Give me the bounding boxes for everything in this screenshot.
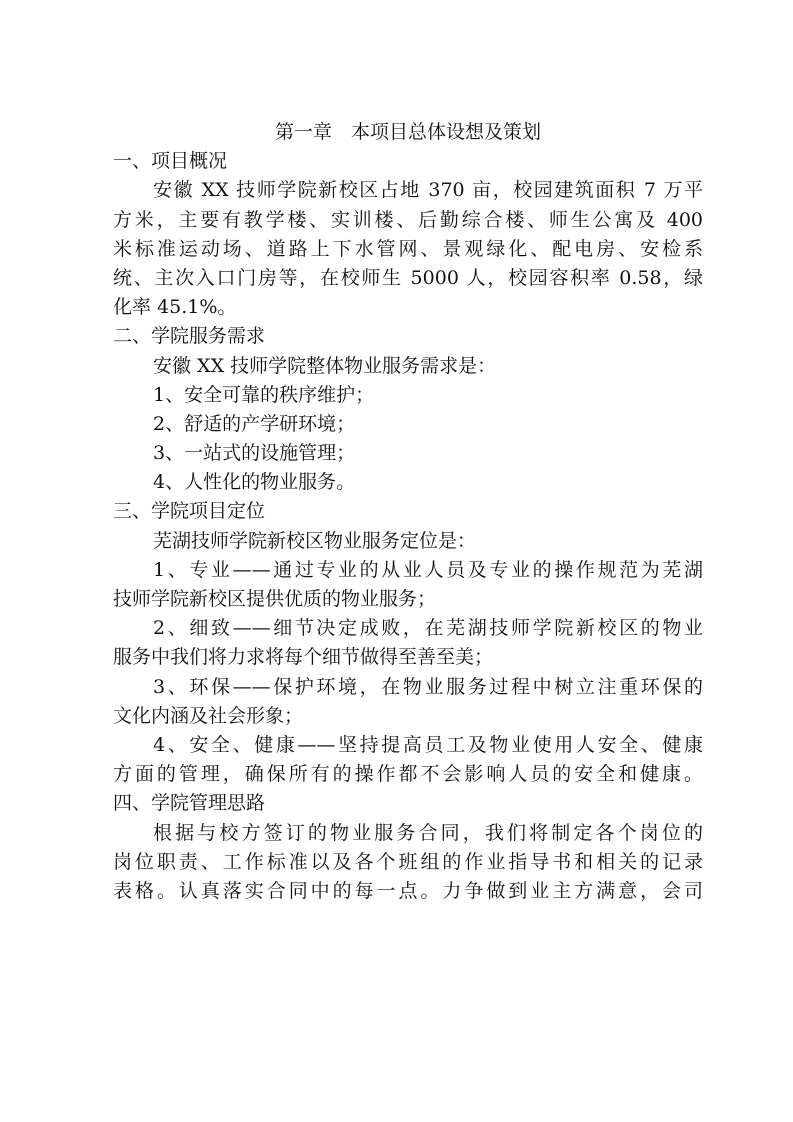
section-heading: 三、学院项目定位 — [113, 497, 703, 526]
paragraph-line: 统、主次入口门房等，在校师生 5000 人，校园容积率 0.58，绿 — [113, 264, 703, 293]
paragraph-line: 根据与校方签订的物业服务合同，我们将制定各个岗位的 — [113, 819, 703, 848]
paragraph-line: 方面的管理，确保所有的操作都不会影响人员的安全和健康。 — [113, 760, 703, 789]
document-page: 第一章 本项目总体设想及策划 一、项目概况 安徽 XX 技师学院新校区占地 37… — [113, 118, 703, 906]
paragraph-line: 表格。认真落实合同中的每一点。力争做到业主方满意，会司 — [113, 877, 703, 906]
paragraph-line: 芜湖技师学院新校区物业服务定位是： — [113, 527, 703, 556]
paragraph-line: 岗位职责、工作标准以及各个班组的作业指导书和相关的记录 — [113, 848, 703, 877]
chapter-title: 第一章 本项目总体设想及策划 — [113, 118, 703, 147]
section-heading: 二、学院服务需求 — [113, 322, 703, 351]
list-item: 3、一站式的设施管理； — [113, 439, 703, 468]
paragraph-line: 服务中我们将力求将每个细节做得至善至美； — [113, 643, 703, 672]
list-item: 1、安全可靠的秩序维护； — [113, 381, 703, 410]
paragraph-line: 安徽 XX 技师学院整体物业服务需求是： — [113, 352, 703, 381]
paragraph-line: 化率 45.1%。 — [113, 293, 703, 322]
section-heading: 一、项目概况 — [113, 147, 703, 176]
paragraph-line: 安徽 XX 技师学院新校区占地 370 亩，校园建筑面积 7 万平 — [113, 176, 703, 205]
section-heading: 四、学院管理思路 — [113, 789, 703, 818]
paragraph-line: 文化内涵及社会形象； — [113, 702, 703, 731]
list-item: 4、人性化的物业服务。 — [113, 468, 703, 497]
list-item: 2、舒适的产学研环境； — [113, 410, 703, 439]
paragraph-line: 方米，主要有教学楼、实训楼、后勤综合楼、师生公寓及 400 — [113, 206, 703, 235]
paragraph-line: 米标准运动场、道路上下水管网、景观绿化、配电房、安检系 — [113, 235, 703, 264]
list-item: 4、安全、健康——坚持提高员工及物业使用人安全、健康 — [113, 731, 703, 760]
paragraph-line: 技师学院新校区提供优质的物业服务； — [113, 585, 703, 614]
list-item: 1、专业——通过专业的从业人员及专业的操作规范为芜湖 — [113, 556, 703, 585]
list-item: 3、环保——保护环境，在物业服务过程中树立注重环保的 — [113, 673, 703, 702]
list-item: 2、细致——细节决定成败，在芜湖技师学院新校区的物业 — [113, 614, 703, 643]
